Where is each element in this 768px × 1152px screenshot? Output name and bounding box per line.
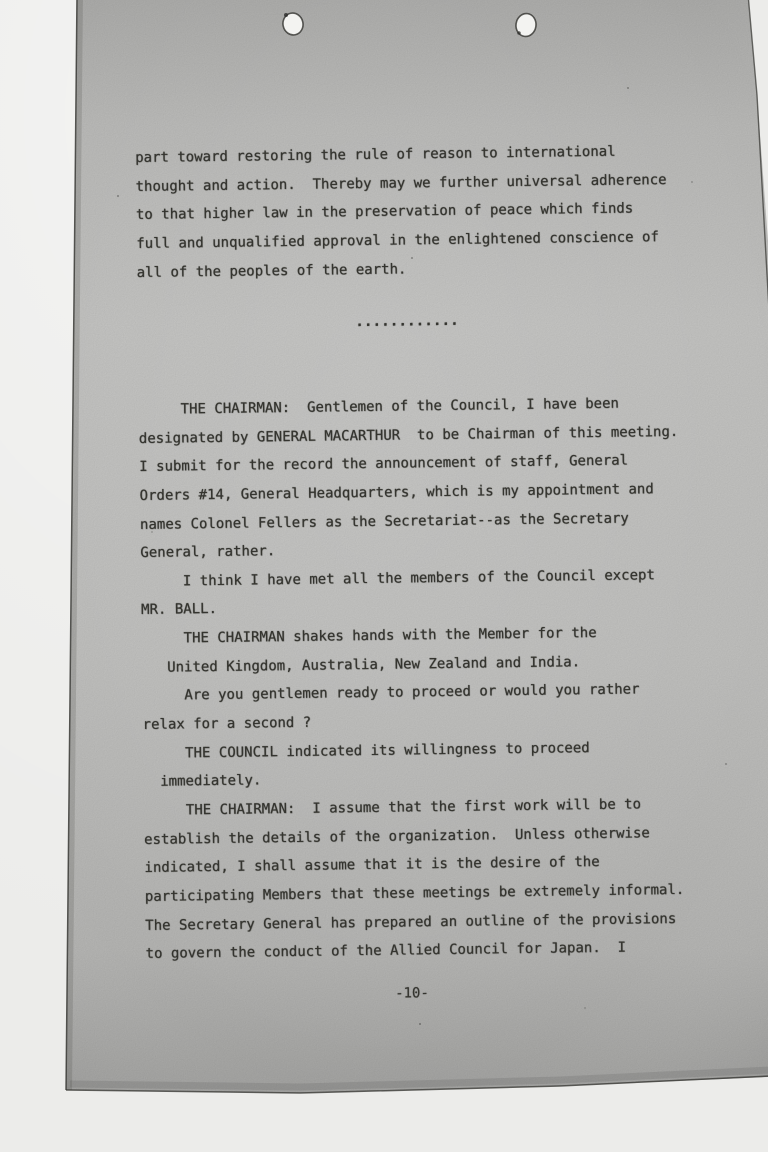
- transcript-body: THE CHAIRMAN: Gentlemen of the Council, …: [138, 389, 685, 969]
- scanned-page: part toward restoring the rule of reason…: [0, 0, 768, 1152]
- scan-speck: [627, 87, 629, 89]
- ink-speck: [284, 13, 288, 17]
- dotted-separator: ............: [355, 307, 459, 337]
- ink-speck: [517, 31, 521, 35]
- text-line: to govern the conduct of the Allied Coun…: [145, 933, 685, 969]
- typewritten-text: part toward restoring the rule of reason…: [135, 136, 727, 1044]
- scan-speck: [117, 195, 119, 197]
- scan-speck: [725, 763, 727, 765]
- page-number: -10-: [395, 979, 429, 1008]
- paragraph-top: part toward restoring the rule of reason…: [135, 137, 668, 287]
- text-line: all of the peoples of the earth.: [136, 252, 667, 288]
